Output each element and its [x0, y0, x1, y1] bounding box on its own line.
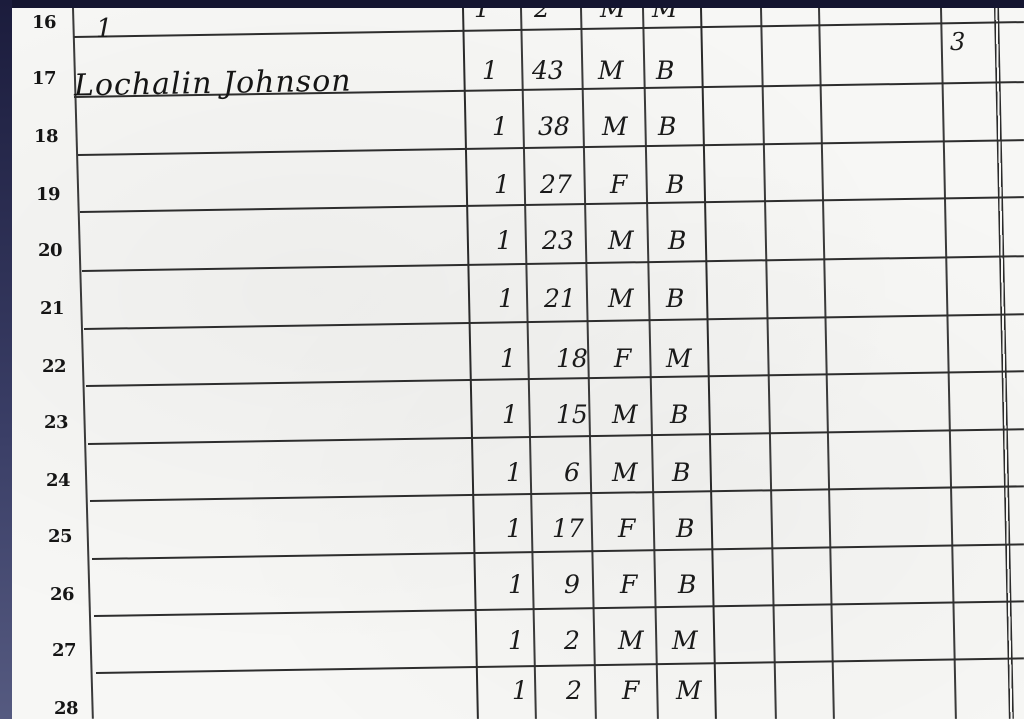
sex-cell: F	[620, 570, 637, 599]
count-cell: 1	[502, 400, 518, 429]
count-cell: 1	[508, 570, 524, 599]
line-number: 21	[40, 298, 80, 319]
column-rule	[818, 8, 834, 719]
line-number: 18	[34, 126, 74, 147]
count-cell: 1	[492, 112, 508, 141]
age-cell: 43	[532, 56, 564, 85]
count-cell: 1	[496, 226, 512, 255]
family-count-mark: 3	[950, 28, 965, 56]
color-cell: B	[672, 458, 690, 487]
count-cell: 1	[506, 514, 522, 543]
left-border	[0, 0, 12, 719]
count-cell: 1	[498, 284, 514, 313]
age-cell: 38	[538, 112, 570, 141]
sex-cell: M	[602, 112, 628, 141]
color-cell: B	[666, 284, 684, 313]
sex-cell: M	[612, 458, 638, 487]
sex-cell: M	[612, 400, 638, 429]
count-cell: 1	[482, 56, 498, 85]
color-cell: B	[656, 56, 674, 85]
column-rule	[642, 8, 658, 719]
line-number: 27	[52, 640, 92, 661]
color-cell: B	[678, 570, 696, 599]
sex-cell: F	[622, 676, 639, 705]
column-rule	[940, 8, 956, 719]
age-cell: 15	[556, 400, 588, 429]
row-rule	[90, 485, 1024, 502]
sex-cell: F	[618, 514, 635, 543]
sex-cell: M	[608, 284, 634, 313]
count-cell: 1	[500, 344, 516, 373]
color-cell: M	[672, 626, 698, 655]
age-cell: 2	[564, 626, 580, 655]
count-cell: 1	[474, 8, 490, 23]
age-cell: 27	[540, 170, 572, 199]
color-cell: B	[666, 170, 684, 199]
age-cell: 2	[534, 8, 550, 23]
count-cell: 1	[506, 458, 522, 487]
row-rule	[94, 600, 1024, 617]
color-cell: M	[676, 676, 702, 705]
column-rule	[462, 8, 479, 719]
household-tick-mark: 1	[96, 14, 113, 44]
household-head-name: Lochalin Johnson	[74, 64, 352, 104]
color-cell: B	[668, 226, 686, 255]
sex-cell: F	[610, 170, 627, 199]
age-cell: 2	[566, 676, 582, 705]
color-cell: B	[658, 112, 676, 141]
line-number: 23	[44, 412, 84, 433]
color-cell: B	[676, 514, 694, 543]
row-rule	[96, 657, 1024, 674]
line-number: 20	[38, 240, 78, 261]
line-number: 25	[48, 526, 88, 547]
row-rule	[74, 21, 1024, 38]
count-cell: 1	[512, 676, 528, 705]
line-number: 17	[32, 68, 72, 89]
sex-cell: M	[618, 626, 644, 655]
line-number: 28	[54, 698, 94, 719]
top-border	[0, 0, 1024, 8]
row-rule	[84, 313, 1024, 330]
sex-cell: M	[600, 8, 626, 23]
row-rule	[92, 543, 1024, 560]
age-cell: 21	[544, 284, 576, 313]
count-cell: 1	[494, 170, 510, 199]
census-page: 16 17 18 19 20 21 22 23 24 25 26 27 28 1…	[12, 8, 1024, 719]
line-number: 16	[32, 12, 72, 33]
age-cell: 9	[564, 570, 580, 599]
color-cell: M	[652, 8, 678, 23]
color-cell: M	[666, 344, 692, 373]
column-rule	[700, 8, 717, 719]
column-double-rule	[994, 8, 1014, 719]
row-rule	[82, 255, 1024, 272]
sex-cell: F	[614, 344, 631, 373]
column-rule	[520, 8, 536, 719]
sex-cell: M	[608, 226, 634, 255]
column-rule	[760, 8, 776, 719]
age-cell: 17	[552, 514, 584, 543]
line-number: 26	[50, 584, 90, 605]
line-number: 22	[42, 356, 82, 377]
age-cell: 23	[542, 226, 574, 255]
color-cell: B	[670, 400, 688, 429]
sex-cell: M	[598, 56, 624, 85]
line-number: 24	[46, 470, 86, 491]
row-rule	[78, 139, 1024, 156]
age-cell: 18	[556, 344, 588, 373]
row-rule	[88, 428, 1024, 445]
row-rule	[86, 370, 1024, 387]
age-cell: 6	[564, 458, 580, 487]
count-cell: 1	[508, 626, 524, 655]
line-number: 19	[36, 184, 76, 205]
